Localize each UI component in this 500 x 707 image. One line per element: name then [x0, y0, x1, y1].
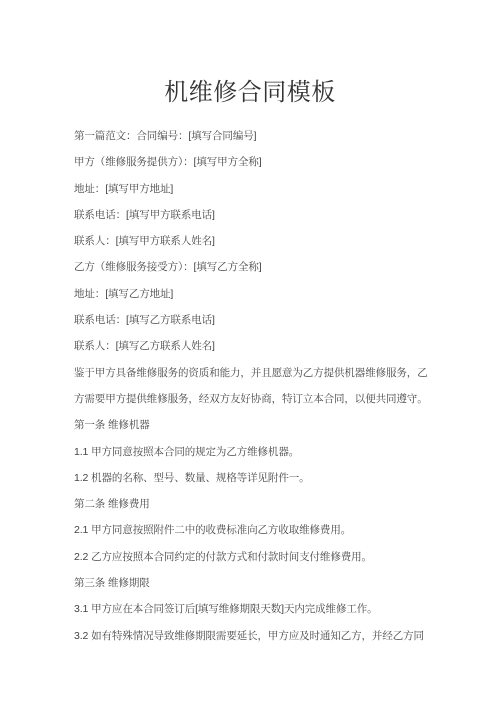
- line-clause-3-1: 3.1 甲方应在本合同签订后[填写维修期限天数]天内完成维修工作。: [74, 596, 426, 622]
- document-body: 第一篇范文：合同编号：[填写合同编号] 甲方（维修服务提供方）：[填写甲方全称]…: [0, 123, 500, 649]
- line-article-3-heading: 第三条 维修期限: [74, 570, 426, 596]
- line-article-1-heading: 第一条 维修机器: [74, 412, 426, 438]
- line-party-b-address: 地址：[填写乙方地址]: [74, 281, 426, 307]
- line-preamble-1: 鉴于甲方具备维修服务的资质和能力，并且愿意为乙方提供机器维修服务，乙: [74, 360, 426, 386]
- line-party-a-contact: 联系人：[填写甲方联系人姓名]: [74, 228, 426, 254]
- line-party-a-name: 甲方（维修服务提供方）：[填写甲方全称]: [74, 149, 426, 175]
- line-party-b-name: 乙方（维修服务接受方）：[填写乙方全称]: [74, 254, 426, 280]
- line-article-2-heading: 第二条 维修费用: [74, 491, 426, 517]
- line-party-a-phone: 联系电话：[填写甲方联系电话]: [74, 202, 426, 228]
- line-contract-number: 第一篇范文：合同编号：[填写合同编号]: [74, 123, 426, 149]
- line-clause-1-1: 1.1 甲方同意按照本合同的规定为乙方维修机器。: [74, 439, 426, 465]
- line-clause-2-2: 2.2 乙方应按照本合同约定的付款方式和付款时间支付维修费用。: [74, 544, 426, 570]
- line-party-b-phone: 联系电话：[填写乙方联系电话]: [74, 307, 426, 333]
- document-page: 机维修合同模板 第一篇范文：合同编号：[填写合同编号] 甲方（维修服务提供方）：…: [0, 0, 500, 707]
- document-title: 机维修合同模板: [0, 0, 500, 110]
- line-party-a-address: 地址：[填写甲方地址]: [74, 176, 426, 202]
- line-preamble-2: 方需要甲方提供维修服务，经双方友好协商，特订立本合同，以便共同遵守。: [74, 386, 426, 412]
- line-clause-2-1: 2.1 甲方同意按照附件二中的收费标准向乙方收取维修费用。: [74, 517, 426, 543]
- line-clause-1-2: 1.2 机器的名称、型号、数量、规格等详见附件一。: [74, 465, 426, 491]
- line-party-b-contact: 联系人：[填写乙方联系人姓名]: [74, 333, 426, 359]
- line-clause-3-2: 3.2 如有特殊情况导致维修期限需要延长，甲方应及时通知乙方，并经乙方同: [74, 623, 426, 649]
